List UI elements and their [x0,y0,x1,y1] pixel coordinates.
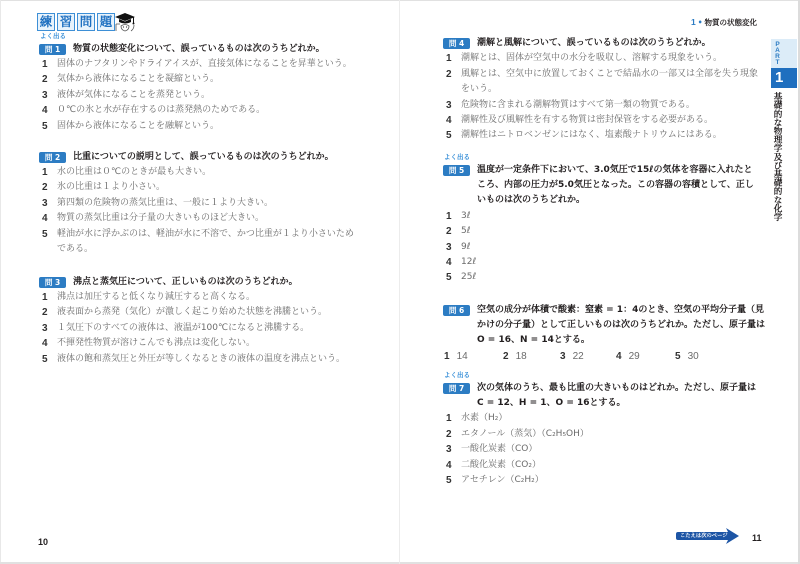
question-text: 空気の成分が体積で酸素：窒素 = 1：4のとき、空気の平均分子量（見 かけの分子… [477,303,763,349]
option-5: 5液体の飽和蒸気圧と外圧が等しくなるときの液体の温度を沸点という。 [39,352,379,367]
option-value: 22 [573,351,584,362]
option-number: 4 [446,458,452,473]
option-number: 5 [42,227,48,242]
option-line: 軽油が水に浮かぶのは、軽油が水に不溶で、かつ比重が１より小さいため [57,227,379,242]
page-edge-top [0,0,800,1]
option-text: 第四類の危険物の蒸気比重は、一般に１より大きい。 [57,196,379,211]
question-line: 次の気体のうち、最も比重の大きいものはどれか。ただし、原子量は [477,381,763,396]
option-text: 沸点は加圧すると低くなり減圧すると高くなる。 [57,290,379,305]
option-number: 5 [446,473,452,488]
option-5: 530 [675,349,699,365]
option-text: 固体のナフタリンやドライアイスが、直接気体になることを昇華という。 [57,57,379,72]
question-text: 潮解と風解について、誤っているものは次のうちどれか。 [477,36,763,51]
option-text: 二酸化炭素（CO₂） [461,458,763,473]
running-header: 1•物質の状態変化 [691,17,757,28]
page-edge-left [0,0,1,564]
option-4: 4潮解性及び風解性を有する物質は密封保管をする必要がある。 [443,113,763,128]
title-char: 練 [37,13,55,31]
option-number: 1 [42,57,48,72]
part-title: 基礎的な物理学及び基礎的な化学 [771,92,783,221]
option-text: 液体の飽和蒸気圧と外圧が等しくなるときの液体の温度を沸点という。 [57,352,379,367]
option-2: 2液表面から蒸発（気化）が激しく起こり始めた状態を沸騰という。 [39,305,379,320]
option-text: 不揮発性物質が溶けこんでも沸点は変化しない。 [57,336,379,351]
option-value: 30 [688,351,699,362]
option-5: 5固体から液体になることを融解という。 [39,119,379,134]
option-number: 5 [42,352,48,367]
option-4: 4物質の蒸気比重は分子量の大きいものほど大きい。 [39,211,379,226]
option-number: 4 [446,113,452,128]
chapter-title: 物質の状態変化 [705,18,758,27]
frequent-badge: よく出る [40,32,66,40]
option-number: 5 [446,128,452,143]
option-4: 429 [616,349,640,365]
question-label: 問 1 [39,44,66,55]
option-text: 3ℓ [461,209,763,224]
option-text: 水素（H₂） [461,411,763,426]
next-page-note: こたえは次のページ [680,532,728,540]
question-label: 問 7 [443,383,470,394]
question-line: ころ、内部の圧力が5.0気圧となった。この容器の容積として、正し [477,178,763,193]
option-number: 1 [446,411,452,426]
question-text: 沸点と蒸気圧について、正しいものは次のうちどれか。 [73,275,379,290]
option-3: 3１気圧下のすべての液体は、液温が100℃になると沸騰する。 [39,321,379,336]
question-line: 潮解と風解について、誤っているものは次のうちどれか。 [477,36,763,51]
option-number: 5 [42,119,48,134]
inline-options: 114 218 322 429 530 [443,349,763,364]
question-label: 問 4 [443,38,470,49]
option-4: 4不揮発性物質が溶けこんでも沸点は変化しない。 [39,336,379,351]
question-1: よく出る 問 1 物質の状態変化について、誤っているものは次のうちどれか。 1固… [39,42,379,134]
answers-next-page-arrow: こたえは次のページ [676,528,740,544]
option-number: 1 [444,351,450,362]
option-2: 2気体から液体になることを凝縮という。 [39,72,379,87]
option-text: １気圧下のすべての液体は、液温が100℃になると沸騰する。 [57,321,379,336]
option-line: をいう。 [461,82,763,97]
title-char: 題 [97,13,115,31]
option-2: 25ℓ [443,224,763,239]
page-number-right: 11 [752,533,762,543]
title-char: 問 [77,13,95,31]
option-text: 固体から液体になることを融解という。 [57,119,379,134]
option-number: 1 [446,51,452,66]
question-line: O = 16、N = 14とする。 [477,333,763,348]
option-number: 4 [42,103,48,118]
option-line: 風解とは、空気中に放置しておくことで結晶水の一部又は全部を失う現象 [461,67,763,82]
option-3: 39ℓ [443,240,763,255]
option-4: 412ℓ [443,255,763,270]
question-6: 問 6 空気の成分が体積で酸素：窒素 = 1：4のとき、空気の平均分子量（見 か… [443,303,763,365]
option-5: 5潮解性はニトロベンゼンにはなく、塩素酸ナトリウムにはある。 [443,128,763,143]
question-text: 温度が一定条件下において、3.0気圧で15ℓの気体を容器に入れたと ころ、内部の… [477,163,763,209]
question-label: 問 2 [39,152,66,163]
header-separator: • [698,18,703,27]
option-5: 525ℓ [443,270,763,285]
question-label: 問 3 [39,277,66,288]
option-3: 3危険物に含まれる潮解物質はすべて第一類の物質である。 [443,98,763,113]
option-number: 1 [42,290,48,305]
question-line: 空気の成分が体積で酸素：窒素 = 1：4のとき、空気の平均分子量（見 [477,303,763,318]
option-number: 4 [616,351,622,362]
option-number: 3 [446,98,452,113]
option-line: である。 [57,242,379,257]
option-value: 14 [457,351,468,362]
option-3: 3第四類の危険物の蒸気比重は、一般に１より大きい。 [39,196,379,211]
option-text: 潮解性はニトロベンゼンにはなく、塩素酸ナトリウムにはある。 [461,128,763,143]
question-label: 問 5 [443,165,470,176]
question-text: 次の気体のうち、最も比重の大きいものはどれか。ただし、原子量は C = 12、H… [477,381,763,412]
option-1: 1潮解とは、固体が空気中の水分を吸収し、溶解する現象をいう。 [443,51,763,66]
option-number: 3 [42,321,48,336]
option-text: 風解とは、空気中に放置しておくことで結晶水の一部又は全部を失う現象 をいう。 [461,67,763,98]
option-3: 3一酸化炭素（CO） [443,442,763,457]
option-text: 氷の比重は１より小さい。 [57,180,379,195]
option-number: 3 [446,240,452,255]
option-number: 2 [446,224,452,239]
option-text: 物質の蒸気比重は分子量の大きいものほど大きい。 [57,211,379,226]
option-number: 5 [675,351,681,362]
option-text: 軽油が水に浮かぶのは、軽油が水に不溶で、かつ比重が１より小さいため である。 [57,227,379,258]
option-text: 25ℓ [461,270,763,285]
chapter-number: 1 [691,17,696,27]
option-text: 5ℓ [461,224,763,239]
graduation-cap-icon [114,12,136,32]
option-number: 2 [446,67,452,82]
option-4: 4０℃の氷と水が存在するのは蒸発熱のためである。 [39,103,379,118]
part-number-box: 1 [771,68,797,88]
option-text: ０℃の氷と水が存在するのは蒸発熱のためである。 [57,103,379,118]
option-number: 4 [42,211,48,226]
option-text: 潮解とは、固体が空気中の水分を吸収し、溶解する現象をいう。 [461,51,763,66]
option-number: 4 [42,336,48,351]
option-text: 液体が気体になることを蒸発という。 [57,88,379,103]
option-2: 218 [503,349,527,365]
option-1: 1沸点は加圧すると低くなり減圧すると高くなる。 [39,290,379,305]
option-text: アセチレン（C₂H₂） [461,473,763,488]
page-number-left: 10 [38,537,48,547]
option-3: 322 [560,349,584,365]
option-3: 3液体が気体になることを蒸発という。 [39,88,379,103]
title-char: 習 [57,13,75,31]
frequent-badge: よく出る [444,153,470,161]
option-text: 気体から液体になることを凝縮という。 [57,72,379,87]
question-line: 沸点と蒸気圧について、正しいものは次のうちどれか。 [73,275,379,290]
part-tab-label: PART [771,39,797,68]
option-number: 2 [42,180,48,195]
part-number: 1 [775,69,783,87]
question-line: いものは次のうちどれか。 [477,193,763,208]
option-1: 13ℓ [443,209,763,224]
question-label: 問 6 [443,305,470,316]
question-4: 問 4 潮解と風解について、誤っているものは次のうちどれか。 1潮解とは、固体が… [443,36,763,144]
option-2: 2エタノール（蒸気）（C₂H₅OH） [443,427,763,442]
question-3: 問 3 沸点と蒸気圧について、正しいものは次のうちどれか。 1沸点は加圧すると低… [39,275,379,367]
option-1: 1水の比重は０℃のときが最も大きい。 [39,165,379,180]
option-2: 2 風解とは、空気中に放置しておくことで結晶水の一部又は全部を失う現象 をいう。 [443,67,763,98]
option-value: 29 [629,351,640,362]
option-number: 2 [446,427,452,442]
option-number: 3 [560,351,566,362]
question-7: よく出る 問 7 次の気体のうち、最も比重の大きいものはどれか。ただし、原子量は… [443,381,763,489]
option-number: 2 [503,351,509,362]
section-title: 練 習 問 題 [37,13,115,31]
option-text: 危険物に含まれる潮解物質はすべて第一類の物質である。 [461,98,763,113]
option-number: 1 [446,209,452,224]
option-number: 3 [42,196,48,211]
question-line: 物質の状態変化について、誤っているものは次のうちどれか。 [73,42,379,57]
option-1: 1固体のナフタリンやドライアイスが、直接気体になることを昇華という。 [39,57,379,72]
part-label: PART [774,41,781,65]
option-5: 5 軽油が水に浮かぶのは、軽油が水に不溶で、かつ比重が１より小さいため である。 [39,227,379,258]
question-line: 温度が一定条件下において、3.0気圧で15ℓの気体を容器に入れたと [477,163,763,178]
option-2: 2氷の比重は１より小さい。 [39,180,379,195]
option-number: 3 [42,88,48,103]
option-1: 114 [444,349,468,365]
option-text: 9ℓ [461,240,763,255]
question-5: よく出る 問 5 温度が一定条件下において、3.0気圧で15ℓの気体を容器に入れ… [443,163,763,286]
option-number: 3 [446,442,452,457]
page-gutter [399,0,400,564]
option-value: 18 [516,351,527,362]
option-text: 水の比重は０℃のときが最も大きい。 [57,165,379,180]
option-text: 12ℓ [461,255,763,270]
option-1: 1水素（H₂） [443,411,763,426]
option-text: 一酸化炭素（CO） [461,442,763,457]
question-text: 比重についての説明として、誤っているものは次のうちどれか。 [73,150,379,165]
option-number: 1 [42,165,48,180]
book-spread: 練 習 問 題 よく出る 問 1 物質の状態変化について、誤っているものは次のう… [0,0,800,564]
question-text: 物質の状態変化について、誤っているものは次のうちどれか。 [73,42,379,57]
question-line: 比重についての説明として、誤っているものは次のうちどれか。 [73,150,379,165]
option-4: 4二酸化炭素（CO₂） [443,458,763,473]
option-number: 4 [446,255,452,270]
option-5: 5アセチレン（C₂H₂） [443,473,763,488]
frequent-badge: よく出る [444,371,470,379]
option-number: 2 [42,72,48,87]
question-2: 問 2 比重についての説明として、誤っているものは次のうちどれか。 1水の比重は… [39,150,379,258]
option-text: 潮解性及び風解性を有する物質は密封保管をする必要がある。 [461,113,763,128]
option-number: 5 [446,270,452,285]
option-text: 液表面から蒸発（気化）が激しく起こり始めた状態を沸騰という。 [57,305,379,320]
option-text: エタノール（蒸気）（C₂H₅OH） [461,427,763,442]
question-line: かけの分子量）として正しいものは次のうちどれか。ただし、原子量は [477,318,763,333]
option-number: 2 [42,305,48,320]
question-line: C = 12、H = 1、O = 16とする。 [477,396,763,411]
